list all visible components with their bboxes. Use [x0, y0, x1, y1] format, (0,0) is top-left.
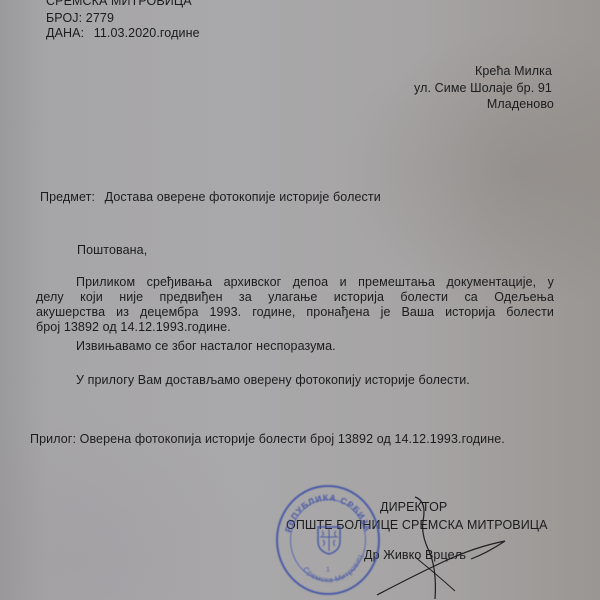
coat-of-arms-icon: [316, 523, 342, 555]
paragraph-line-4: број 13892 од 14.12.1993.године.: [36, 320, 231, 335]
recipient-city: Младеново: [487, 97, 554, 112]
paragraph-line-1: Приликом сређивања архивског депоа и пре…: [76, 275, 554, 290]
salutation: Поштована,: [77, 243, 147, 258]
svg-text:1: 1: [326, 567, 330, 574]
header-date-value: 11.03.2020.године: [94, 26, 200, 40]
handwritten-signature: [375, 495, 535, 600]
recipient-street: ул. Симе Шолаје бр. 91: [414, 81, 552, 96]
attachment-label: Прилог:: [30, 432, 76, 446]
subject-line: Предмет: Достава оверене фотокопије исто…: [40, 190, 381, 205]
paragraph-line-3: акушерства из децембра 1993. године, про…: [36, 305, 554, 320]
paragraph-line-2: делу који није предвиђен за улагање исто…: [36, 290, 554, 305]
attachment-line: Прилог: Оверена фотокопија историје боле…: [30, 432, 505, 447]
header-institution: СРЕМСКА МИТРОВИЦА: [46, 0, 192, 9]
enclosure-sentence: У прилогу Вам достављамо оверену фотокоп…: [76, 373, 470, 388]
subject-text: Достава оверене фотокопије историје боле…: [105, 190, 381, 204]
header-number-label: БРОЈ:: [46, 11, 82, 25]
apology-line: Извињавамо се због насталог неспоразума.: [76, 339, 336, 354]
header-number-value: 2779: [86, 11, 114, 25]
header-date-label: ДАНА:: [46, 26, 84, 40]
official-stamp: РЕПУБЛИКА СРБИЈА Сремска Митровица 1: [276, 485, 380, 595]
attachment-text: Оверена фотокопија историје болести број…: [80, 432, 505, 446]
header-date: ДАНА: 11.03.2020.године: [46, 26, 200, 41]
header-number: БРОЈ: 2779: [46, 11, 114, 26]
subject-label: Предмет:: [40, 190, 95, 204]
recipient-name: Крећа Милка: [475, 64, 552, 79]
